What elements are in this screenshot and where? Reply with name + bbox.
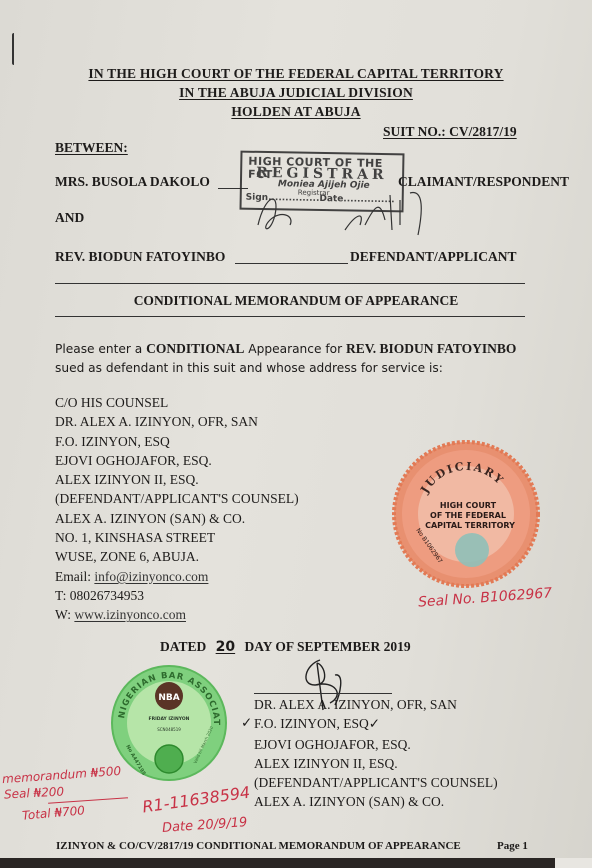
address-line: (DEFENDANT/APPLICANT'S COUNSEL) (55, 489, 299, 508)
address-line: NO. 1, KINSHASA STREET (55, 528, 299, 547)
address-block: C/O HIS COUNSEL DR. ALEX A. IZINYON, OFR… (55, 393, 299, 625)
court-title-line1: IN THE HIGH COURT OF THE FEDERAL CAPITAL… (0, 66, 592, 82)
nba-member-code: SCN048519 (157, 727, 181, 732)
dated-line: DATED 20 DAY OF SEPTEMBER 2019 (160, 639, 411, 655)
between-label: BETWEEN: (55, 140, 128, 156)
receipt-number: R1-11638594 (141, 783, 251, 817)
signatory-line: ALEX IZINYON II, ESQ. (254, 754, 498, 773)
address-line: F.O. IZINYON, ESQ (55, 432, 299, 451)
signatory-line: EJOVI OGHOJAFOR, ESQ. (254, 735, 498, 754)
signatory-line: DR. ALEX A. IZINYON, OFR, SAN (254, 695, 498, 714)
checkmark-icon: ✓ (241, 714, 252, 733)
address-line: EJOVI OGHOJAFOR, ESQ. (55, 451, 299, 470)
seal-center-line3: CAPITAL TERRITORY (425, 521, 515, 530)
email-label: Email: (55, 569, 94, 584)
address-line: WUSE, ZONE 6, ABUJA. (55, 547, 299, 566)
defendant-rule (235, 263, 348, 264)
signatory-line: ALEX A. IZINYON (SAN) & CO. (254, 792, 498, 811)
and-label: AND (55, 210, 84, 226)
nba-badge-text: NBA (158, 693, 179, 703)
dated-suffix: DAY OF SEPTEMBER 2019 (241, 639, 411, 654)
checkmark-icon: ✓ (369, 716, 380, 732)
court-title-line3: HOLDEN AT ABUJA (0, 104, 592, 120)
email-link[interactable]: info@izinyonco.com (94, 569, 208, 584)
footer-reference: IZINYON & CO/CV/2817/19 CONDITIONAL MEMO… (56, 840, 461, 852)
margin-bracket-mark (12, 33, 18, 65)
phone-number: T: 08026734953 (55, 586, 299, 605)
court-title-line2: IN THE ABUJA JUDICIAL DIVISION (0, 85, 592, 101)
title-top-rule (55, 283, 525, 284)
address-line: C/O HIS COUNSEL (55, 393, 299, 412)
signatory-line: (DEFENDANT/APPLICANT'S COUNSEL) (254, 773, 498, 792)
intro-paragraph: Please enter a CONDITIONAL Appearance fo… (55, 339, 535, 378)
nba-emblem-icon (155, 745, 183, 773)
nba-seal: NIGERIAN BAR ASSOCIATION NBA FRIDAY IZIN… (110, 664, 228, 782)
hologram-icon (455, 533, 489, 567)
suit-number: SUIT NO.: CV/2817/19 (383, 124, 517, 140)
intro-text-3: sued as defendant in this suit and whose… (55, 359, 535, 378)
signatories-block: DR. ALEX A. IZINYON, OFR, SAN ✓F.O. IZIN… (254, 695, 498, 812)
page-number: Page 1 (497, 840, 528, 852)
intro-defendant: REV. BIODUN FATOYINBO (346, 341, 516, 356)
defendant-name: REV. BIODUN FATOYINBO (55, 249, 225, 265)
address-line: ALEX A. IZINYON (SAN) & CO. (55, 509, 299, 528)
photo-background-edge (0, 858, 592, 868)
intro-text-2: Appearance for (244, 342, 346, 356)
address-line: DR. ALEX A. IZINYON, OFR, SAN (55, 412, 299, 431)
web-label: W: (55, 607, 74, 622)
address-line: ALEX IZINYON II, ESQ. (55, 470, 299, 489)
defendant-role: DEFENDANT/APPLICANT (350, 249, 517, 265)
title-bottom-rule (55, 316, 525, 317)
dated-prefix: DATED (160, 639, 210, 654)
intro-text-1: Please enter a (55, 342, 146, 356)
seal-center-line2: OF THE FEDERAL (430, 511, 506, 520)
intro-conditional: CONDITIONAL (146, 341, 244, 356)
document-title: CONDITIONAL MEMORANDUM OF APPEARANCE (0, 293, 592, 309)
seal-number-handwritten: Seal No. B1062967 (418, 585, 553, 610)
receipt-date: Date 20/9/19 (162, 815, 248, 836)
fee-note-total: Total ₦700 (22, 803, 86, 822)
fee-note-seal: Seal ₦200 (4, 784, 65, 801)
website-link[interactable]: www.izinyonco.com (74, 607, 186, 622)
signatory-line: F.O. IZINYON, ESQ (254, 716, 369, 731)
dated-day: 20 (210, 639, 241, 655)
claimant-name: MRS. BUSOLA DAKOLO (55, 174, 210, 190)
fee-note-memorandum: memorandum ₦500 (2, 764, 122, 786)
photo-background-corner (555, 858, 592, 868)
judiciary-seal: JUDICIARY HIGH COURT OF THE FEDERAL CAPI… (392, 440, 540, 588)
signature-rule (254, 693, 392, 694)
seal-center-line1: HIGH COURT (440, 501, 497, 510)
nba-member-name: FRIDAY IZINYON (149, 716, 190, 722)
registry-signature (250, 185, 450, 245)
